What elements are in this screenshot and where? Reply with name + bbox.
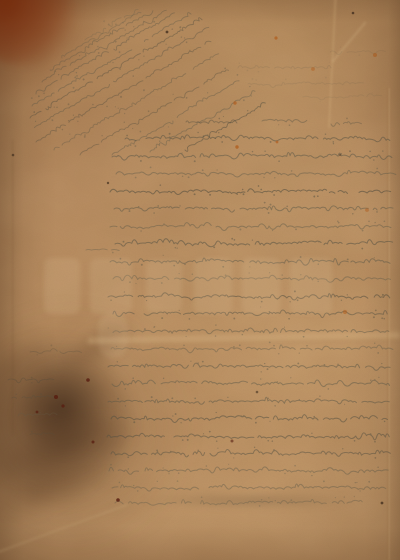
manuscript-photo bbox=[0, 0, 400, 560]
grain-rect bbox=[0, 0, 400, 560]
fine-grain-texture bbox=[0, 0, 400, 560]
